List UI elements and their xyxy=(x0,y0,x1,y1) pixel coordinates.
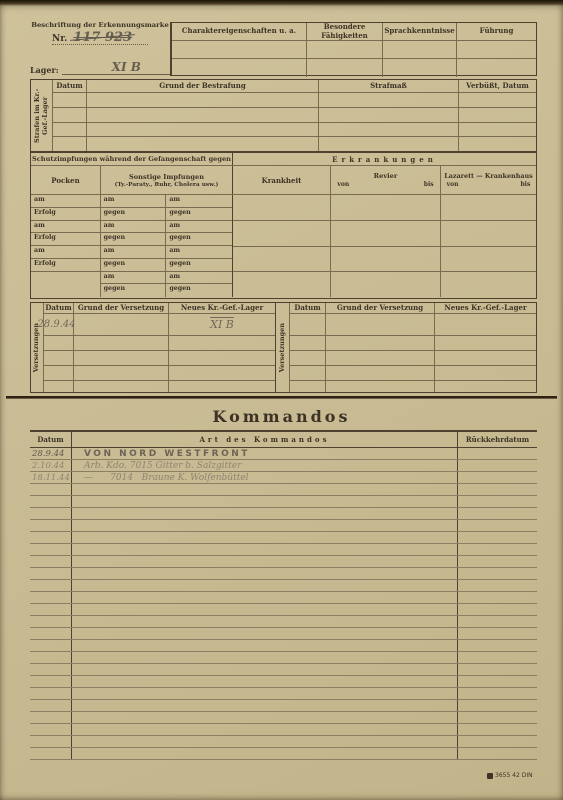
table-row: 18.11.44— 7014 Braune K. Wolfenbüttel xyxy=(30,472,537,484)
col-art-des-kommandos: Art des Kommandos xyxy=(72,432,458,447)
col-grund-der-bestrafung: Grund der Bestrafung xyxy=(87,80,319,92)
table-cell xyxy=(383,41,457,58)
table-cell xyxy=(30,736,72,747)
punishments-header: Datum Grund der Bestrafung Strafmaß Verb… xyxy=(53,80,536,93)
table-cell xyxy=(435,381,536,392)
table-cell xyxy=(72,652,458,663)
vaccination-cell: am xyxy=(101,246,167,259)
revier-von-bis: von bis xyxy=(337,181,433,188)
table-row: amamam xyxy=(31,246,232,259)
table-cell xyxy=(72,544,458,555)
table-row xyxy=(44,351,275,366)
table-cell: 18.11.44 xyxy=(30,472,72,483)
table-cell xyxy=(319,108,459,122)
table-cell xyxy=(459,108,536,122)
table-cell xyxy=(458,676,537,687)
kommando-date-handwritten: 18.11.44 xyxy=(30,473,70,483)
table-row: amamam xyxy=(31,195,232,208)
table-row xyxy=(290,314,536,336)
table-cell xyxy=(441,247,536,272)
vaccination-cell xyxy=(31,284,101,297)
vaccination-cell: Erfolg xyxy=(31,259,101,272)
table-cell xyxy=(172,41,307,58)
table-cell xyxy=(441,272,536,297)
table-cell: VON NORD WESTFRONT xyxy=(72,448,458,459)
table-row xyxy=(30,496,537,508)
vaccination-cell: gegen xyxy=(101,208,167,221)
table-cell: Arb. Kdo. 7015 Gitter b. Salzgitter xyxy=(72,460,458,471)
table-row xyxy=(30,568,537,580)
table-cell xyxy=(169,366,275,380)
table-cell xyxy=(458,604,537,615)
table-cell xyxy=(72,496,458,507)
table-cell xyxy=(290,351,326,365)
punishments-section: Strafen im Kr.-Gef.-Lager Datum Grund de… xyxy=(30,79,537,152)
tag-number-line: Nr. 117 923 xyxy=(52,32,148,45)
vaccination-cell: am xyxy=(31,195,101,208)
table-row xyxy=(44,366,275,381)
lazarett-label: Lazarett — Krankenhaus xyxy=(444,172,532,180)
table-cell: XI B xyxy=(169,314,275,335)
table-cell xyxy=(72,580,458,591)
table-cell xyxy=(30,604,72,615)
table-cell xyxy=(233,272,331,297)
table-cell: 28.9.44 xyxy=(30,448,72,459)
punishments-side-label: Strafen im Kr.-Gef.-Lager xyxy=(33,80,51,151)
col-besondere-faehigkeiten: Besondere Fähigkeiten xyxy=(307,23,383,40)
table-row xyxy=(30,556,537,568)
col-krankheit: Krankheit xyxy=(233,166,331,194)
characteristics-empty-rows xyxy=(172,40,536,77)
table-cell xyxy=(458,688,537,699)
table-cell xyxy=(72,592,458,603)
table-cell xyxy=(72,712,458,723)
table-cell xyxy=(319,93,459,107)
printers-mark: 3655 42 DIN xyxy=(487,772,533,779)
table-cell xyxy=(30,712,72,723)
table-cell xyxy=(169,336,275,350)
transfers-side-label: Versetzungen xyxy=(278,321,288,374)
table-cell xyxy=(458,544,537,555)
table-cell xyxy=(331,272,441,297)
table-cell xyxy=(435,366,536,380)
camp-line: Lager: XI B xyxy=(30,61,170,75)
table-cell xyxy=(458,616,537,627)
table-cell xyxy=(435,314,536,335)
col-sonstige-impfungen: Sonstige Impfungen (Ty.-Paraty., Ruhr, C… xyxy=(101,166,233,194)
illness-rows xyxy=(233,195,536,297)
table-cell xyxy=(458,496,537,507)
table-row xyxy=(233,195,536,221)
table-cell xyxy=(458,448,537,459)
table-cell xyxy=(458,712,537,723)
vaccination-rows: amamamErfolggegengegenamamamErfolggegeng… xyxy=(31,195,233,297)
table-cell xyxy=(172,59,307,77)
table-cell xyxy=(435,351,536,365)
bis-label: bis xyxy=(520,181,530,188)
transfers-left-body: 28.9.44XI B xyxy=(44,314,275,392)
table-cell xyxy=(30,652,72,663)
identification-block: Beschriftung der Erkennungsmarke Nr. 117… xyxy=(30,22,170,76)
transfer-date-handwritten: 28.9.44 xyxy=(37,319,75,330)
tag-label: Beschriftung der Erkennungsmarke xyxy=(30,22,170,30)
nr-label: Nr. xyxy=(52,34,67,44)
table-cell xyxy=(72,520,458,531)
table-row xyxy=(233,272,536,297)
table-cell xyxy=(319,123,459,137)
table-row: gegengegen xyxy=(31,284,232,297)
table-row xyxy=(30,592,537,604)
col-datum: Datum xyxy=(53,80,87,92)
col-datum: Datum xyxy=(44,303,74,313)
table-cell xyxy=(458,580,537,591)
characteristics-header: Charaktereigenschaften u. a. Besondere F… xyxy=(172,23,536,40)
table-cell xyxy=(383,59,457,77)
table-cell xyxy=(30,508,72,519)
transfers-right-grid: Datum Grund der Versetzung Neues Kr.-Gef… xyxy=(290,303,536,392)
table-cell xyxy=(72,676,458,687)
table-cell xyxy=(30,520,72,531)
table-cell xyxy=(44,381,74,392)
kommandos-header: Datum Art des Kommandos Rückkehrdatum xyxy=(30,432,537,448)
transfers-left-grid: Datum Grund der Versetzung Neues Kr.-Gef… xyxy=(44,303,275,392)
col-revier: Revier von bis xyxy=(331,166,441,194)
table-cell xyxy=(441,221,536,246)
kommando-date-handwritten: 2.10.44 xyxy=(30,461,64,471)
table-cell xyxy=(72,700,458,711)
table-row xyxy=(233,221,536,247)
vaccination-cell: am xyxy=(166,221,232,234)
table-row: Erfolggegengegen xyxy=(31,259,232,272)
table-row xyxy=(290,336,536,351)
table-cell xyxy=(53,108,87,122)
table-cell xyxy=(458,568,537,579)
vaccination-cell: gegen xyxy=(166,284,232,297)
col-rueckkehrdatum: Rückkehrdatum xyxy=(458,432,537,447)
table-row xyxy=(44,336,275,351)
table-cell xyxy=(44,336,74,350)
table-row xyxy=(172,58,536,77)
table-row xyxy=(30,532,537,544)
transfers-side-label-wrap: Versetzungen xyxy=(276,303,290,392)
table-cell xyxy=(30,580,72,591)
table-cell xyxy=(326,381,435,392)
table-cell xyxy=(30,616,72,627)
punishments-table: Datum Grund der Bestrafung Strafmaß Verb… xyxy=(53,80,536,151)
vaccination-cell: am xyxy=(166,246,232,259)
col-pocken: Pocken xyxy=(31,166,101,194)
table-cell xyxy=(72,640,458,651)
table-row xyxy=(30,520,537,532)
table-cell xyxy=(30,724,72,735)
table-row xyxy=(53,108,536,123)
lager-rule: XI B xyxy=(62,61,170,75)
table-cell: 2.10.44 xyxy=(30,460,72,471)
table-row: Erfolggegengegen xyxy=(31,208,232,221)
table-row: amamam xyxy=(31,221,232,234)
table-row xyxy=(30,712,537,724)
table-cell xyxy=(290,336,326,350)
table-cell xyxy=(72,724,458,735)
vaccination-cell: am xyxy=(166,195,232,208)
table-cell xyxy=(30,592,72,603)
transfer-new-camp-handwritten: XI B xyxy=(210,318,234,331)
punishments-side-label-wrap: Strafen im Kr.-Gef.-Lager xyxy=(31,80,53,151)
table-cell xyxy=(169,381,275,392)
table-cell xyxy=(72,616,458,627)
illness-header: Erkrankungen xyxy=(233,153,536,165)
table-row xyxy=(53,93,536,108)
table-cell xyxy=(458,460,537,471)
table-cell: 28.9.44 xyxy=(44,314,74,335)
table-cell xyxy=(74,366,169,380)
table-cell xyxy=(458,724,537,735)
table-cell xyxy=(53,123,87,137)
table-cell xyxy=(72,568,458,579)
col-lazarett: Lazarett — Krankenhaus von bis xyxy=(441,166,536,194)
table-cell xyxy=(326,351,435,365)
table-cell xyxy=(331,247,441,272)
vaccination-cell: am xyxy=(31,221,101,234)
table-cell xyxy=(458,472,537,483)
table-row xyxy=(290,381,536,392)
table-row xyxy=(290,366,536,381)
table-cell xyxy=(72,556,458,567)
table-cell xyxy=(290,314,326,335)
table-cell xyxy=(30,664,72,675)
table-cell xyxy=(458,652,537,663)
table-cell xyxy=(458,736,537,747)
col-sprachkenntnisse: Sprachkenntnisse xyxy=(383,23,457,40)
table-cell xyxy=(74,381,169,392)
kommandos-body: 28.9.44VON NORD WESTFRONT2.10.44Arb. Kdo… xyxy=(30,448,537,760)
table-row xyxy=(30,700,537,712)
table-cell xyxy=(458,640,537,651)
table-cell xyxy=(30,640,72,651)
fold-divider-line xyxy=(6,396,557,399)
kommandos-table: Datum Art des Kommandos Rückkehrdatum 28… xyxy=(30,430,537,760)
vaccination-cell: gegen xyxy=(101,284,167,297)
table-cell xyxy=(307,59,383,77)
table-cell xyxy=(331,195,441,220)
vaccination-cell: gegen xyxy=(166,259,232,272)
transfers-table-right: Versetzungen Datum Grund der Versetzung … xyxy=(276,302,537,393)
printers-mark-icon xyxy=(487,773,493,779)
vaccination-cell: am xyxy=(101,195,167,208)
characteristics-table: Charaktereigenschaften u. a. Besondere F… xyxy=(170,22,537,76)
von-label: von xyxy=(447,181,459,188)
sonstige-sublabel: (Ty.-Paraty., Ruhr, Cholera usw.) xyxy=(115,182,219,188)
table-row xyxy=(30,616,537,628)
vaccination-cell: gegen xyxy=(101,259,167,272)
table-cell xyxy=(458,628,537,639)
table-row xyxy=(53,137,536,151)
vaccination-cell: am xyxy=(101,272,167,285)
table-row xyxy=(290,351,536,366)
col-neues-lager: Neues Kr.-Gef.-Lager xyxy=(435,303,536,313)
table-cell xyxy=(458,664,537,675)
table-cell xyxy=(72,748,458,759)
table-cell xyxy=(30,676,72,687)
printers-mark-code: 3655 42 DIN xyxy=(495,772,533,779)
table-cell xyxy=(30,688,72,699)
scan-top-edge xyxy=(0,0,563,6)
transfers-table-left: Versetzungen Datum Grund der Versetzung … xyxy=(30,302,276,393)
table-cell xyxy=(459,123,536,137)
vaccinations-body: amamamErfolggegengegenamamamErfolggegeng… xyxy=(31,195,536,297)
table-cell xyxy=(72,628,458,639)
vaccinations-illness-section: Schutzimpfungen während der Gefangenscha… xyxy=(30,152,537,299)
table-cell xyxy=(72,736,458,747)
table-row xyxy=(30,640,537,652)
table-row xyxy=(53,123,536,138)
table-cell xyxy=(458,484,537,495)
table-cell xyxy=(44,366,74,380)
table-cell xyxy=(74,336,169,350)
table-cell xyxy=(457,59,536,77)
table-cell xyxy=(72,484,458,495)
vaccination-cell: am xyxy=(101,221,167,234)
pow-record-card: Beschriftung der Erkennungsmarke Nr. 117… xyxy=(0,0,563,800)
table-cell xyxy=(458,592,537,603)
vaccinations-header: Schutzimpfungen während der Gefangenscha… xyxy=(31,153,233,165)
camp-handwritten: XI B xyxy=(112,60,141,74)
table-row xyxy=(30,724,537,736)
table-cell xyxy=(72,664,458,675)
vaccinations-illness-header: Schutzimpfungen während der Gefangenscha… xyxy=(31,153,536,166)
transfers-right-header: Datum Grund der Versetzung Neues Kr.-Gef… xyxy=(290,303,536,314)
vaccination-cell xyxy=(31,272,101,285)
col-datum: Datum xyxy=(290,303,326,313)
table-cell xyxy=(30,544,72,555)
revier-label: Revier xyxy=(374,172,398,180)
von-label: von xyxy=(337,181,349,188)
table-row xyxy=(30,736,537,748)
col-verbuesst-datum: Verbüßt, Datum xyxy=(459,80,536,92)
table-row xyxy=(30,748,537,760)
vaccination-cell: Erfolg xyxy=(31,208,101,221)
table-cell xyxy=(30,532,72,543)
kommandos-title: Kommandos xyxy=(0,407,563,426)
lager-label: Lager: xyxy=(30,65,59,75)
table-cell xyxy=(458,748,537,759)
table-cell: — 7014 Braune K. Wolfenbüttel xyxy=(72,472,458,483)
bis-label: bis xyxy=(424,181,434,188)
table-cell xyxy=(74,351,169,365)
sonstige-label: Sonstige Impfungen xyxy=(129,173,204,181)
tag-number-handwritten: 117 923 xyxy=(73,32,132,44)
kommando-date-handwritten: 28.9.44 xyxy=(30,449,64,459)
table-cell xyxy=(307,41,383,58)
vaccination-cell: am xyxy=(166,272,232,285)
table-cell xyxy=(72,604,458,615)
table-cell xyxy=(30,496,72,507)
table-row xyxy=(44,381,275,392)
table-cell xyxy=(458,532,537,543)
col-grund-der-versetzung: Grund der Versetzung xyxy=(326,303,435,313)
table-cell xyxy=(87,108,319,122)
table-row xyxy=(30,688,537,700)
vaccinations-subheader: Pocken Sonstige Impfungen (Ty.-Paraty., … xyxy=(31,166,536,195)
col-charaktereigenschaften: Charaktereigenschaften u. a. xyxy=(172,23,307,40)
table-cell xyxy=(290,366,326,380)
table-cell xyxy=(459,137,536,151)
table-cell xyxy=(72,688,458,699)
table-row: 28.9.44XI B xyxy=(44,314,275,336)
kommando-description-handwritten: Arb. Kdo. 7015 Gitter b. Salzgitter xyxy=(72,461,241,471)
transfers-side-label-wrap: Versetzungen xyxy=(31,303,44,392)
lazarett-von-bis: von bis xyxy=(447,181,531,188)
table-row: 2.10.44Arb. Kdo. 7015 Gitter b. Salzgitt… xyxy=(30,460,537,472)
table-row xyxy=(30,628,537,640)
table-cell xyxy=(30,700,72,711)
table-cell xyxy=(233,221,331,246)
table-cell xyxy=(326,366,435,380)
table-row xyxy=(30,652,537,664)
transfers-left-header: Datum Grund der Versetzung Neues Kr.-Gef… xyxy=(44,303,275,314)
table-cell xyxy=(72,508,458,519)
table-cell xyxy=(53,137,87,151)
col-fuehrung: Führung xyxy=(457,23,536,40)
table-cell xyxy=(326,336,435,350)
table-row xyxy=(30,508,537,520)
table-cell xyxy=(74,314,169,335)
table-cell xyxy=(30,568,72,579)
vaccination-cell: Erfolg xyxy=(31,233,101,246)
table-cell xyxy=(53,93,87,107)
table-cell xyxy=(457,41,536,58)
punishments-body xyxy=(53,93,536,151)
table-cell xyxy=(44,351,74,365)
table-cell xyxy=(331,221,441,246)
table-cell xyxy=(458,700,537,711)
table-row xyxy=(30,676,537,688)
table-row: 28.9.44VON NORD WESTFRONT xyxy=(30,448,537,460)
table-row: amam xyxy=(31,272,232,285)
table-row xyxy=(30,484,537,496)
table-cell xyxy=(87,93,319,107)
table-cell xyxy=(87,137,319,151)
table-cell xyxy=(30,628,72,639)
vaccination-cell: gegen xyxy=(166,233,232,246)
table-row xyxy=(30,544,537,556)
table-cell xyxy=(326,314,435,335)
table-cell xyxy=(319,137,459,151)
table-cell xyxy=(169,351,275,365)
table-cell xyxy=(458,556,537,567)
table-row xyxy=(30,604,537,616)
table-row xyxy=(30,664,537,676)
table-cell xyxy=(290,381,326,392)
transfers-right-body xyxy=(290,314,536,392)
table-cell xyxy=(72,532,458,543)
table-cell xyxy=(459,93,536,107)
table-cell xyxy=(458,520,537,531)
col-datum: Datum xyxy=(30,432,72,447)
table-row xyxy=(233,247,536,273)
col-neues-lager: Neues Kr.-Gef.-Lager xyxy=(169,303,275,313)
kommando-description-handwritten: — 7014 Braune K. Wolfenbüttel xyxy=(72,473,249,483)
table-cell xyxy=(441,195,536,220)
table-cell xyxy=(233,195,331,220)
table-cell xyxy=(30,484,72,495)
vaccination-cell: gegen xyxy=(166,208,232,221)
vaccination-cell: am xyxy=(31,246,101,259)
table-cell xyxy=(233,247,331,272)
vaccination-cell: gegen xyxy=(101,233,167,246)
table-cell xyxy=(458,508,537,519)
table-cell xyxy=(30,556,72,567)
